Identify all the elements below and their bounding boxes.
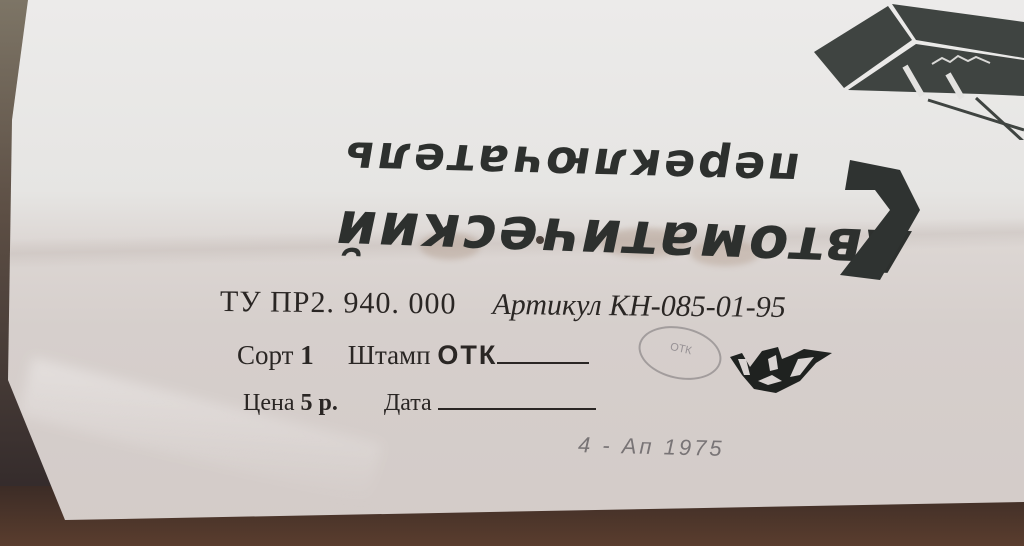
- cardboard-box: Автоматический переключатель ТУ ПР2. 940…: [0, 0, 1024, 546]
- grade-value: 1: [300, 340, 314, 370]
- product-title: Автоматический переключатель: [80, 85, 920, 275]
- light-crease: [18, 357, 382, 502]
- spec-row: ТУ ПР2. 940. 000Артикул КН-085-01-95: [220, 285, 786, 325]
- bird-mark-icon: [728, 345, 840, 397]
- grade-label: Сорт: [237, 340, 293, 370]
- otk-label: ОТК: [437, 340, 497, 370]
- date-blank-line: [438, 408, 596, 410]
- letter-fragment: [830, 150, 930, 280]
- title-line-1: Автоматический: [327, 197, 915, 285]
- grade-row: Сорт 1Штамп ОТК: [237, 340, 589, 371]
- otk-stamp: ОТК: [634, 319, 727, 387]
- box-logo-icon: [800, 0, 1024, 140]
- price-value: 5 р.: [300, 390, 337, 416]
- price-label: Цена: [243, 390, 294, 416]
- title-line-2: переключатель: [337, 131, 803, 197]
- article-value: КН-085-01-95: [609, 289, 786, 324]
- date-stamp: 4 - Ап 1975: [578, 432, 725, 462]
- article-label: Артикул: [492, 288, 602, 322]
- date-label: Дата: [384, 390, 432, 416]
- stamp-label: Штамп: [348, 340, 431, 370]
- spec-code: ТУ ПР2. 940. 000: [220, 285, 457, 320]
- otk-blank-line: [497, 362, 589, 364]
- photo-scene: Автоматический переключатель ТУ ПР2. 940…: [0, 0, 1024, 546]
- price-row: Цена 5 р.Дата: [243, 390, 596, 417]
